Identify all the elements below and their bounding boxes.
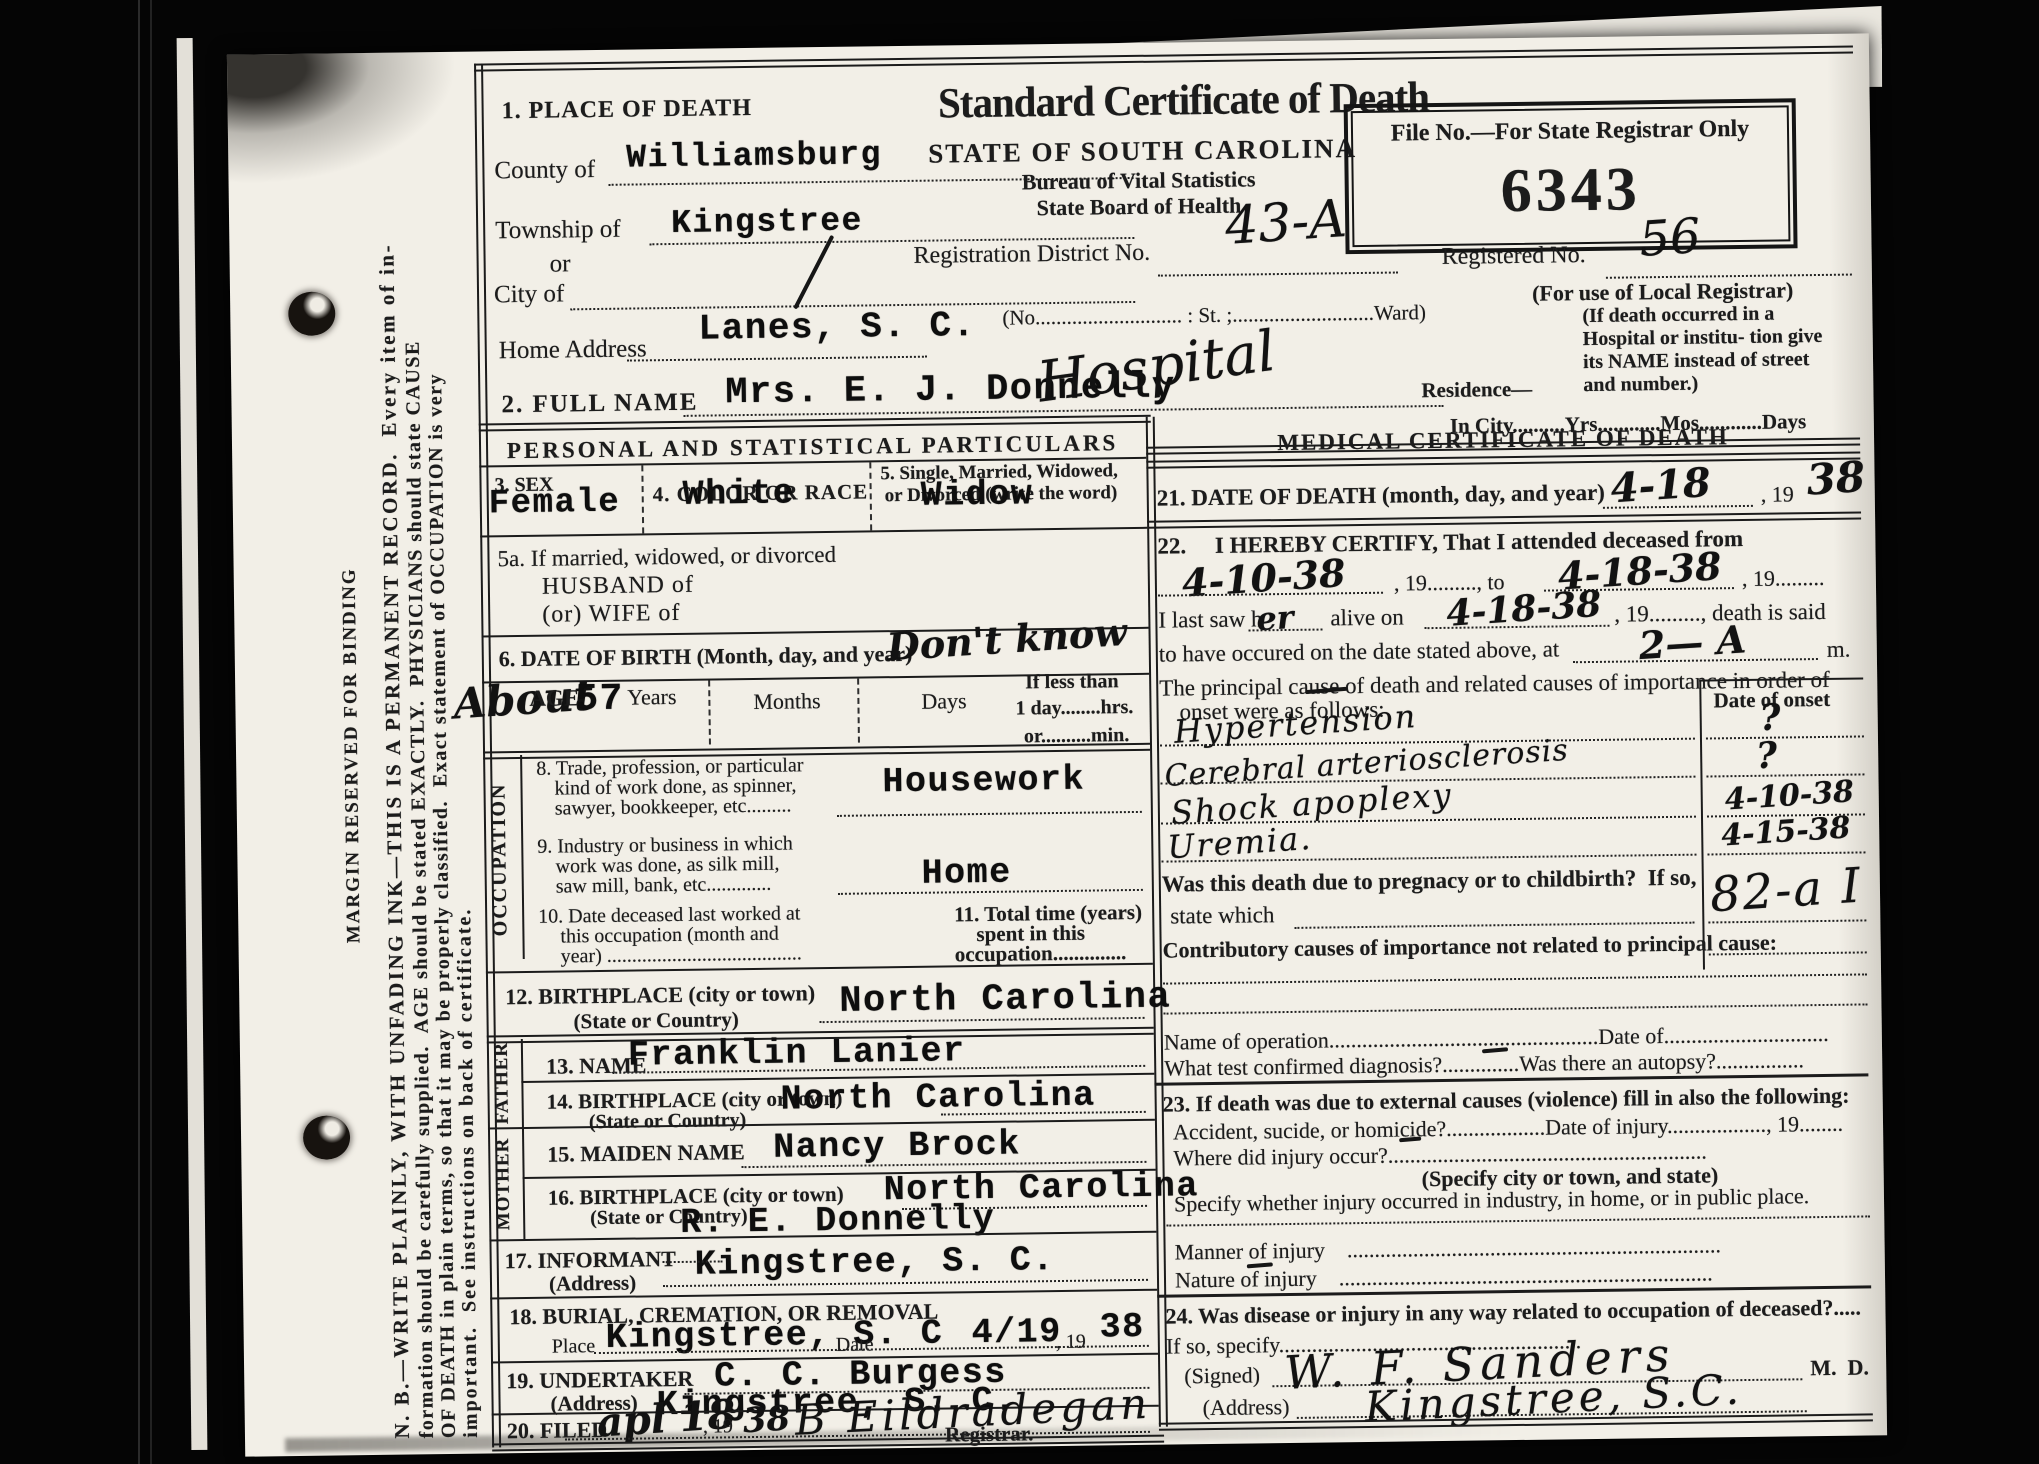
- occured-line: to have occured on the date stated above…: [1159, 637, 1560, 667]
- mother-vertical-label: MOTHER: [493, 1131, 515, 1237]
- county-value: Williamsburg: [626, 136, 882, 176]
- punch-hole-bottom: [303, 1115, 351, 1160]
- column-divider: [1146, 417, 1168, 1427]
- blank-line: [1166, 1215, 1870, 1226]
- her-handwriting: er: [1255, 598, 1295, 638]
- street-ward-line: (No............................ : St. ;.…: [1002, 301, 1426, 329]
- item12-label: 12. BIRTHPLACE (city or town): [505, 981, 815, 1009]
- signed-label: (Signed): [1184, 1363, 1260, 1388]
- icd-code-handwriting: 82-a I: [1708, 858, 1863, 924]
- item14-sub: (State or Country): [589, 1110, 747, 1134]
- item17-sub: (Address): [549, 1272, 636, 1296]
- rule-double: [1147, 511, 1861, 528]
- item15-label: 15. MAIDEN NAME: [547, 1140, 745, 1166]
- father-vertical-label: FATHER: [492, 1041, 514, 1125]
- mother-box-line: [522, 1127, 525, 1239]
- manner-line: Manner of injury .......................…: [1174, 1233, 1721, 1264]
- dob-value-handwriting: Don't know: [885, 609, 1128, 670]
- handwritten-check-slash: [793, 235, 834, 310]
- item8-value: Housework: [882, 760, 1085, 803]
- margin-binding-note: MARGIN RESERVED FOR BINDING: [339, 553, 365, 957]
- item8-line: [837, 811, 1142, 817]
- alive-on-label: alive on: [1330, 605, 1404, 631]
- blank-cause-line1: [1163, 973, 1867, 984]
- occupation-box-line: [520, 755, 525, 959]
- color-race-value: White: [682, 473, 795, 514]
- scanned-death-certificate: MARGIN RESERVED FOR BINDING N. B.—WRITE …: [0, 0, 2039, 1464]
- bureau-line: Bureau of Vital Statistics: [928, 166, 1348, 195]
- time-handwriting: 2— A: [1637, 616, 1747, 668]
- pregnancy-line2: state which: [1170, 903, 1274, 929]
- cause-2-date: ?: [1755, 734, 1779, 777]
- pregnancy-line: [1294, 922, 1694, 929]
- county-label: County of: [494, 156, 595, 184]
- item8-line3: sawyer, bookkeeper, etc.........: [555, 795, 792, 820]
- reg-district-value: 43-A: [1223, 189, 1348, 257]
- age-days-label: Days: [921, 689, 967, 713]
- cell-divider: [857, 679, 860, 743]
- reg-district-line: [1158, 271, 1398, 276]
- state-line: STATE OF SOUTH CAROLINA: [928, 134, 1348, 169]
- item5a-line2: HUSBAND of: [542, 573, 694, 601]
- residence-label: Residence—: [1421, 378, 1532, 402]
- local-registrar-note: (For use of Local Registrar): [1532, 278, 1793, 305]
- cause-4-date: 4-15-38: [1720, 810, 1851, 853]
- film-edge-line: [138, 0, 140, 1464]
- place-of-death-title: 1. PLACE OF DEATH: [501, 96, 752, 125]
- item5a-line1: 5a. If married, widowed, or divorced: [497, 543, 836, 572]
- item9-line3: saw mill, bank, etc.............: [556, 874, 772, 898]
- registered-no-value: 56: [1638, 208, 1703, 268]
- item9-value: Home: [921, 853, 1012, 894]
- nineteen-b-label: , 19.........: [1742, 566, 1825, 591]
- item18-year-prefix: , 19: [1056, 1332, 1086, 1354]
- onset-box-line: [1699, 680, 1705, 970]
- item21-value-handwriting: 4-18: [1609, 459, 1712, 512]
- file-number-value: 6343: [1348, 154, 1793, 227]
- cause-1-date: ?: [1758, 696, 1782, 739]
- punch-hole-top: [288, 291, 336, 336]
- dob-label: 6. DATE OF BIRTH (Month, day, and year): [499, 642, 913, 671]
- township-value: Kingstree: [671, 202, 863, 242]
- age-years-value: 57: [575, 678, 624, 722]
- attended-from-handwriting: 4-10-38: [1181, 550, 1347, 606]
- form-top-border: [474, 46, 1853, 72]
- certificate-paper: MARGIN RESERVED FOR BINDING N. B.—WRITE …: [227, 33, 1887, 1456]
- item18-date-label: Date: [836, 1334, 874, 1356]
- cell-divider: [869, 462, 872, 530]
- item21-year-prefix: , 19: [1761, 482, 1794, 506]
- registered-no-label: Registered No.: [1441, 243, 1585, 271]
- item12-value: North Carolina: [839, 977, 1171, 1023]
- cell-divider: [641, 465, 644, 533]
- full-name-label: 2. FULL NAME: [501, 389, 698, 419]
- item21-year-handwriting: 38: [1805, 452, 1867, 505]
- address-label: (Address): [1203, 1395, 1290, 1420]
- cause-date-line: [1706, 735, 1864, 739]
- city-label: City of: [494, 280, 565, 308]
- rule: [480, 527, 1147, 538]
- reg-district-label: Registration District No.: [913, 241, 1150, 270]
- certificate-title: Standard Certificate of Death: [938, 76, 1338, 128]
- last-saw-prefix: I last saw h: [1158, 607, 1262, 633]
- page-fold-stripe: [177, 38, 208, 1450]
- item15-value: Nancy Brock: [773, 1125, 1021, 1168]
- cell-divider: [708, 681, 711, 745]
- sex-value: Female: [489, 484, 621, 524]
- or-label: or: [549, 250, 570, 277]
- age-less-line2: 1 day........hrs.: [1015, 697, 1133, 720]
- contributory-line: Contributory causes of importance not re…: [1163, 931, 1778, 963]
- m-label: m.: [1827, 638, 1851, 663]
- item17-address-value: Kingstree, S. C.: [695, 1240, 1056, 1285]
- age-years-label: Years: [627, 685, 676, 709]
- blank-cause-line2: [1164, 1003, 1868, 1014]
- hospital-instruction-note: (If death occurred in a Hospital or inst…: [1582, 302, 1833, 397]
- marital-value: Widow: [920, 474, 1033, 515]
- item18-place-label: Place: [552, 1336, 596, 1358]
- home-address-value: Lanes, S. C.: [698, 305, 976, 350]
- pregnancy-line1: Was this death due to pregnacy or to chi…: [1162, 866, 1697, 898]
- item21-label: 21. DATE OF DEATH (month, day, and year): [1157, 481, 1605, 512]
- item17-label: 17. INFORMANT: [505, 1247, 676, 1273]
- item10-line3: year) ..................................…: [561, 943, 802, 968]
- item24-label: 24. Was disease or injury in any way rel…: [1165, 1296, 1861, 1329]
- age-less-line1: If less than: [1025, 671, 1119, 694]
- item12-sub: (State or Country): [573, 1008, 739, 1033]
- home-address-label: Home Address: [499, 335, 647, 364]
- specify-whether-line: Specify whether injury occurred in indus…: [1174, 1184, 1809, 1216]
- file-number-box: File No.—For State Registrar Only 6343: [1344, 98, 1798, 254]
- item20-year-prefix: , 19: [703, 1416, 733, 1438]
- header-rule-left: [479, 415, 1151, 432]
- md-label: M. D.: [1810, 1355, 1869, 1380]
- home-address-line: [627, 356, 927, 362]
- age-months-label: Months: [753, 689, 821, 714]
- accident-line: Accident, sucide, or homicide?..........…: [1173, 1112, 1843, 1145]
- item18-year-value: 38: [1099, 1307, 1145, 1348]
- age-label: AGE: [529, 686, 579, 711]
- township-label: Township of: [495, 216, 621, 245]
- item11-line3: occupation..............: [955, 941, 1127, 966]
- item5a-line3: (or) WIFE of: [542, 601, 681, 629]
- occupation-vertical-label: OCCUPATION: [488, 763, 512, 955]
- film-edge-line: [150, 0, 152, 1464]
